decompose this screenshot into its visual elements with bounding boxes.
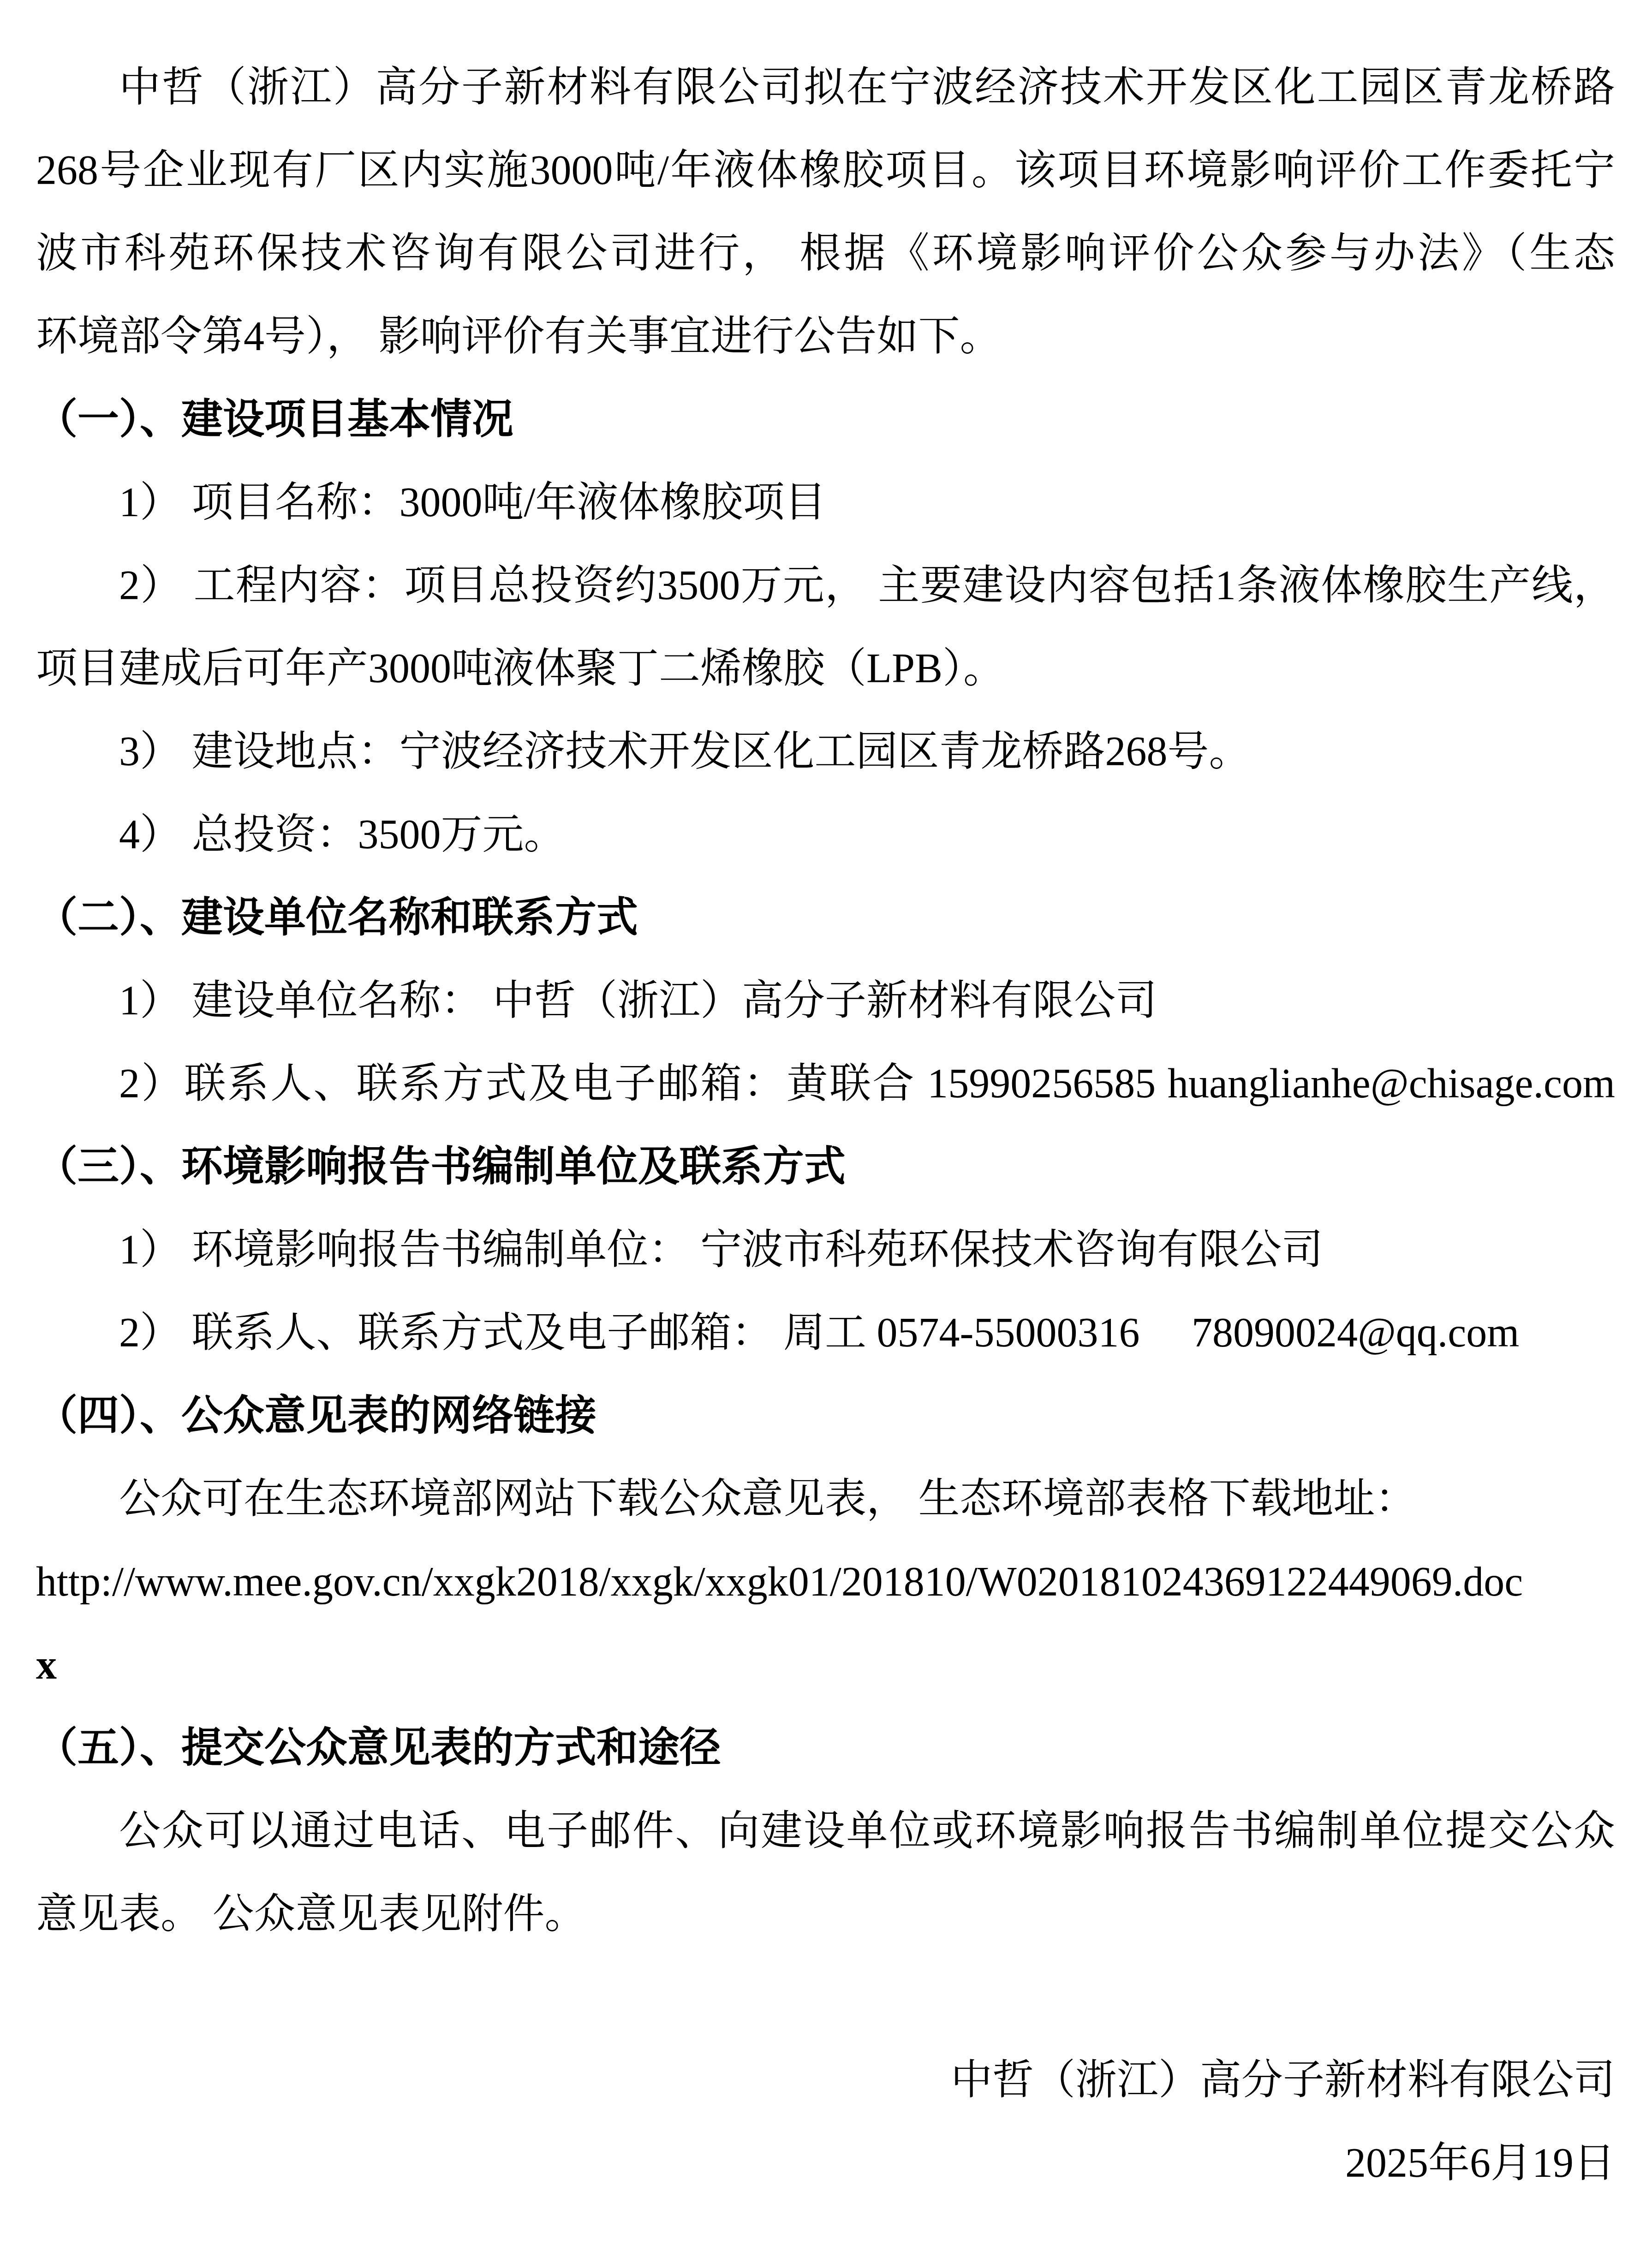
footer-line: 2025年6月19日 (36, 2122, 1615, 2205)
text-line: 268号企业现有厂区内实施3000吨/年液体橡胶项目。该项目环境影响评价工作委托… (36, 129, 1615, 212)
text-line: 公众可以通过电话、电子邮件、向建设单位或环境影响报告书编制单位提交公众 (36, 1790, 1615, 1873)
text-line: 4） 总投资：3500万元。 (36, 793, 1615, 876)
text-line: 1） 项目名称：3000吨/年液体橡胶项目 (36, 461, 1615, 544)
text-line: 波市科苑环保技术咨询有限公司进行， 根据《环境影响评价公众参与办法》（生态 (36, 212, 1615, 295)
footer-line: 中哲（浙江）高分子新材料有限公司 (36, 2039, 1615, 2122)
text-line: 中哲（浙江）高分子新材料有限公司拟在宁波经济技术开发区化工园区青龙桥路 (36, 46, 1615, 129)
text-line: x (36, 1624, 1615, 1707)
section-heading: （三）、环境影响报告书编制单位及联系方式 (36, 1126, 1615, 1209)
document-page: 中哲（浙江）高分子新材料有限公司拟在宁波经济技术开发区化工园区青龙桥路268号企… (0, 0, 1652, 2252)
text-line: 意见表。 公众意见表见附件。 (36, 1873, 1615, 1956)
text-line: 项目建成后可年产3000吨液体聚丁二烯橡胶（LPB）。 (36, 627, 1615, 710)
text-line: 公众可在生态环境部网站下载公众意见表， 生态环境部表格下载地址： (36, 1458, 1615, 1541)
text-line: 3） 建设地点：宁波经济技术开发区化工园区青龙桥路268号。 (36, 710, 1615, 793)
section-heading: （四）、公众意见表的网络链接 (36, 1375, 1615, 1458)
text-line: 2） 工程内容：项目总投资约3500万元， 主要建设内容包括1条液体橡胶生产线， (36, 544, 1615, 627)
spacer (36, 1956, 1615, 2039)
section-heading: （一）、建设项目基本情况 (36, 378, 1615, 461)
url-line: http://www.mee.gov.cn/xxgk2018/xxgk/xxgk… (36, 1541, 1615, 1624)
section-heading: （五）、提交公众意见表的方式和途径 (36, 1707, 1615, 1790)
document-body: 中哲（浙江）高分子新材料有限公司拟在宁波经济技术开发区化工园区青龙桥路268号企… (36, 46, 1615, 2205)
text-line: 环境部令第4号）， 影响评价有关事宜进行公告如下。 (36, 295, 1615, 378)
text-line: 2）联系人、联系方式及电子邮箱：黄联合 15990256585 huanglia… (36, 1043, 1615, 1126)
text-line: 1） 建设单位名称： 中哲（浙江）高分子新材料有限公司 (36, 959, 1615, 1043)
text-line: 2） 联系人、联系方式及电子邮箱： 周工 0574-55000316 78090… (36, 1292, 1615, 1375)
section-heading: （二）、建设单位名称和联系方式 (36, 876, 1615, 959)
text-line: 1） 环境影响报告书编制单位： 宁波市科苑环保技术咨询有限公司 (36, 1209, 1615, 1292)
